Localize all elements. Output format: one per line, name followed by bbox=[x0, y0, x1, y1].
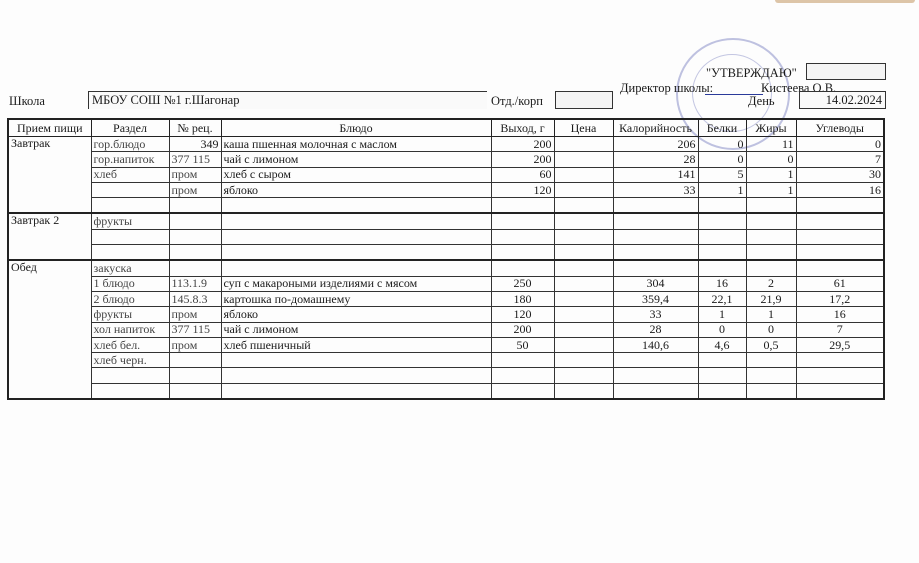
recipe-cell[interactable]: пром bbox=[169, 307, 221, 322]
price-cell[interactable] bbox=[554, 383, 613, 399]
section-cell[interactable]: гор.блюдо bbox=[91, 137, 169, 152]
dept-field[interactable] bbox=[555, 91, 613, 109]
column-header-meal-col: Прием пищи bbox=[8, 119, 91, 137]
fat-cell[interactable] bbox=[746, 383, 796, 399]
yield-cell[interactable]: 120 bbox=[491, 182, 554, 197]
protein-cell[interactable] bbox=[698, 229, 746, 244]
table-row: фруктыпромяблоко120331116 bbox=[8, 307, 884, 322]
recipe-cell[interactable] bbox=[169, 353, 221, 368]
kcal-cell[interactable]: 28 bbox=[613, 152, 698, 167]
column-header-fat-col: Жиры bbox=[746, 119, 796, 137]
table-row: 2 блюдо145.8.3картошка по-домашнему18035… bbox=[8, 291, 884, 306]
table-row: гор.напиток377 115чай с лимоном20028007 bbox=[8, 152, 884, 167]
recipe-cell[interactable]: пром bbox=[169, 337, 221, 352]
carbs-cell[interactable] bbox=[796, 245, 884, 261]
director-label: Директор школы: bbox=[620, 81, 713, 96]
meal-name: Завтрак bbox=[8, 137, 91, 214]
dish-cell[interactable]: суп с макароными изделиями с мясом bbox=[221, 276, 491, 291]
meal-name: Обед bbox=[8, 260, 91, 399]
table-row bbox=[8, 245, 884, 261]
yield-cell[interactable]: 200 bbox=[491, 152, 554, 167]
kcal-cell[interactable]: 141 bbox=[613, 167, 698, 182]
carbs-cell[interactable]: 29,5 bbox=[796, 337, 884, 352]
school-label: Школа bbox=[9, 94, 45, 109]
fat-cell[interactable] bbox=[746, 368, 796, 383]
carbs-cell[interactable]: 61 bbox=[796, 276, 884, 291]
dish-cell[interactable]: картошка по-домашнему bbox=[221, 291, 491, 306]
section-cell[interactable]: гор.напиток bbox=[91, 152, 169, 167]
yield-cell[interactable] bbox=[491, 368, 554, 383]
fat-cell[interactable] bbox=[746, 245, 796, 261]
yield-cell[interactable] bbox=[491, 229, 554, 244]
dish-cell[interactable]: яблоко bbox=[221, 307, 491, 322]
column-header-price-col: Цена bbox=[554, 119, 613, 137]
approve-box[interactable] bbox=[806, 63, 886, 80]
recipe-cell[interactable]: 377 115 bbox=[169, 322, 221, 337]
table-row: хлебпромхлеб с сыром601415130 bbox=[8, 167, 884, 182]
price-cell[interactable] bbox=[554, 167, 613, 182]
yield-cell[interactable]: 250 bbox=[491, 276, 554, 291]
yield-cell[interactable] bbox=[491, 213, 554, 229]
dish-cell[interactable] bbox=[221, 260, 491, 276]
recipe-cell[interactable] bbox=[169, 383, 221, 399]
protein-cell[interactable]: 22,1 bbox=[698, 291, 746, 306]
yield-cell[interactable] bbox=[491, 260, 554, 276]
carbs-cell[interactable] bbox=[796, 229, 884, 244]
price-cell[interactable] bbox=[554, 229, 613, 244]
table-row bbox=[8, 383, 884, 399]
protein-cell[interactable] bbox=[698, 213, 746, 229]
fat-cell[interactable] bbox=[746, 213, 796, 229]
recipe-cell[interactable] bbox=[169, 213, 221, 229]
carbs-cell[interactable] bbox=[796, 198, 884, 214]
table-row: 1 блюдо113.1.9суп с макароными изделиями… bbox=[8, 276, 884, 291]
paper-edge bbox=[775, 0, 915, 3]
yield-cell[interactable]: 180 bbox=[491, 291, 554, 306]
kcal-cell[interactable]: 33 bbox=[613, 307, 698, 322]
menu-table: Прием пищиРаздел№ рец.БлюдоВыход, гЦенаК… bbox=[7, 118, 885, 400]
school-field[interactable]: МБОУ СОШ №1 г.Шагонар bbox=[88, 91, 487, 109]
kcal-cell[interactable] bbox=[613, 383, 698, 399]
carbs-cell[interactable]: 16 bbox=[796, 307, 884, 322]
day-label: День bbox=[748, 94, 775, 109]
section-cell[interactable]: 2 блюдо bbox=[91, 291, 169, 306]
yield-cell[interactable]: 50 bbox=[491, 337, 554, 352]
price-cell[interactable] bbox=[554, 182, 613, 197]
fat-cell[interactable] bbox=[746, 353, 796, 368]
signature-icon bbox=[705, 80, 763, 95]
protein-cell[interactable] bbox=[698, 198, 746, 214]
price-cell[interactable] bbox=[554, 307, 613, 322]
price-cell[interactable] bbox=[554, 353, 613, 368]
column-header-yield-col: Выход, г bbox=[491, 119, 554, 137]
carbs-cell[interactable] bbox=[796, 260, 884, 276]
column-header-recipe-col: № рец. bbox=[169, 119, 221, 137]
carbs-cell[interactable]: 17,2 bbox=[796, 291, 884, 306]
kcal-cell[interactable]: 33 bbox=[613, 182, 698, 197]
carbs-cell[interactable]: 7 bbox=[796, 152, 884, 167]
kcal-cell[interactable]: 359,4 bbox=[613, 291, 698, 306]
fat-cell[interactable]: 1 bbox=[746, 167, 796, 182]
carbs-cell[interactable] bbox=[796, 353, 884, 368]
protein-cell[interactable]: 1 bbox=[698, 182, 746, 197]
table-row bbox=[8, 198, 884, 214]
dish-cell[interactable] bbox=[221, 229, 491, 244]
column-header-protein-col: Белки bbox=[698, 119, 746, 137]
table-row: промяблоко120331116 bbox=[8, 182, 884, 197]
recipe-cell[interactable] bbox=[169, 198, 221, 214]
price-cell[interactable] bbox=[554, 137, 613, 152]
yield-cell[interactable]: 120 bbox=[491, 307, 554, 322]
yield-cell[interactable] bbox=[491, 198, 554, 214]
kcal-cell[interactable]: 140,6 bbox=[613, 337, 698, 352]
kcal-cell[interactable] bbox=[613, 245, 698, 261]
recipe-cell[interactable] bbox=[169, 260, 221, 276]
protein-cell[interactable] bbox=[698, 383, 746, 399]
price-cell[interactable] bbox=[554, 198, 613, 214]
fat-cell[interactable]: 2 bbox=[746, 276, 796, 291]
dept-label: Отд./корп bbox=[491, 94, 543, 109]
dish-cell[interactable]: хлеб с сыром bbox=[221, 167, 491, 182]
section-cell[interactable] bbox=[91, 198, 169, 214]
section-cell[interactable] bbox=[91, 182, 169, 197]
approve-label: "УТВЕРЖДАЮ" bbox=[706, 66, 797, 81]
price-cell[interactable] bbox=[554, 245, 613, 261]
fat-cell[interactable] bbox=[746, 198, 796, 214]
price-cell[interactable] bbox=[554, 337, 613, 352]
fat-cell[interactable]: 21,9 bbox=[746, 291, 796, 306]
protein-cell[interactable] bbox=[698, 245, 746, 261]
table-row bbox=[8, 229, 884, 244]
day-field[interactable]: 14.02.2024 bbox=[799, 91, 886, 109]
price-cell[interactable] bbox=[554, 213, 613, 229]
yield-cell[interactable]: 200 bbox=[491, 137, 554, 152]
dish-cell[interactable] bbox=[221, 368, 491, 383]
column-header-dish-col: Блюдо bbox=[221, 119, 491, 137]
dish-cell[interactable]: яблоко bbox=[221, 182, 491, 197]
price-cell[interactable] bbox=[554, 322, 613, 337]
fat-cell[interactable] bbox=[746, 260, 796, 276]
section-cell[interactable]: хлеб bbox=[91, 167, 169, 182]
fat-cell[interactable]: 0,5 bbox=[746, 337, 796, 352]
dish-cell[interactable] bbox=[221, 198, 491, 214]
table-row: хлеб черн. bbox=[8, 353, 884, 368]
kcal-cell[interactable] bbox=[613, 368, 698, 383]
carbs-cell[interactable] bbox=[796, 383, 884, 399]
kcal-cell[interactable]: 304 bbox=[613, 276, 698, 291]
section-cell[interactable]: хол напиток bbox=[91, 322, 169, 337]
protein-cell[interactable]: 0 bbox=[698, 152, 746, 167]
table-header-row: Прием пищиРаздел№ рец.БлюдоВыход, гЦенаК… bbox=[8, 119, 884, 137]
fat-cell[interactable]: 0 bbox=[746, 322, 796, 337]
table-row: Обедзакуска bbox=[8, 260, 884, 276]
kcal-cell[interactable] bbox=[613, 353, 698, 368]
kcal-cell[interactable] bbox=[613, 229, 698, 244]
carbs-cell[interactable] bbox=[796, 213, 884, 229]
price-cell[interactable] bbox=[554, 152, 613, 167]
price-cell[interactable] bbox=[554, 291, 613, 306]
protein-cell[interactable]: 0 bbox=[698, 322, 746, 337]
protein-cell[interactable]: 5 bbox=[698, 167, 746, 182]
carbs-cell[interactable]: 30 bbox=[796, 167, 884, 182]
column-header-section-col: Раздел bbox=[91, 119, 169, 137]
recipe-cell[interactable]: 349 bbox=[169, 137, 221, 152]
protein-cell[interactable] bbox=[698, 368, 746, 383]
price-cell[interactable] bbox=[554, 260, 613, 276]
protein-cell[interactable]: 4,6 bbox=[698, 337, 746, 352]
fat-cell[interactable]: 11 bbox=[746, 137, 796, 152]
carbs-cell[interactable]: 16 bbox=[796, 182, 884, 197]
fat-cell[interactable] bbox=[746, 229, 796, 244]
kcal-cell[interactable] bbox=[613, 198, 698, 214]
protein-cell[interactable] bbox=[698, 353, 746, 368]
yield-cell[interactable] bbox=[491, 383, 554, 399]
section-cell[interactable]: фрукты bbox=[91, 307, 169, 322]
fat-cell[interactable]: 0 bbox=[746, 152, 796, 167]
recipe-cell[interactable]: 113.1.9 bbox=[169, 276, 221, 291]
dish-cell[interactable] bbox=[221, 383, 491, 399]
dish-cell[interactable] bbox=[221, 245, 491, 261]
meal-name: Завтрак 2 bbox=[8, 213, 91, 260]
table-row: хол напиток377 115чай с лимоном20028007 bbox=[8, 322, 884, 337]
recipe-cell[interactable] bbox=[169, 245, 221, 261]
carbs-cell[interactable]: 7 bbox=[796, 322, 884, 337]
column-header-carbs-col: Углеводы bbox=[796, 119, 884, 137]
carbs-cell[interactable] bbox=[796, 368, 884, 383]
section-cell[interactable] bbox=[91, 383, 169, 399]
dish-cell[interactable]: чай с лимоном bbox=[221, 152, 491, 167]
fat-cell[interactable]: 1 bbox=[746, 307, 796, 322]
recipe-cell[interactable] bbox=[169, 368, 221, 383]
carbs-cell[interactable]: 0 bbox=[796, 137, 884, 152]
recipe-cell[interactable]: 145.8.3 bbox=[169, 291, 221, 306]
kcal-cell[interactable] bbox=[613, 260, 698, 276]
protein-cell[interactable] bbox=[698, 260, 746, 276]
yield-cell[interactable] bbox=[491, 245, 554, 261]
fat-cell[interactable]: 1 bbox=[746, 182, 796, 197]
recipe-cell[interactable]: пром bbox=[169, 182, 221, 197]
dish-cell[interactable] bbox=[221, 353, 491, 368]
section-cell[interactable]: хлеб бел. bbox=[91, 337, 169, 352]
table-row: Завтрак 2фрукты bbox=[8, 213, 884, 229]
yield-cell[interactable]: 60 bbox=[491, 167, 554, 182]
section-cell[interactable]: фрукты bbox=[91, 213, 169, 229]
section-cell[interactable] bbox=[91, 245, 169, 261]
dish-cell[interactable] bbox=[221, 213, 491, 229]
dish-cell[interactable]: хлеб пшеничный bbox=[221, 337, 491, 352]
column-header-kcal-col: Калорийность bbox=[613, 119, 698, 137]
yield-cell[interactable] bbox=[491, 353, 554, 368]
kcal-cell[interactable] bbox=[613, 213, 698, 229]
table-row bbox=[8, 368, 884, 383]
price-cell[interactable] bbox=[554, 368, 613, 383]
section-cell[interactable]: 1 блюдо bbox=[91, 276, 169, 291]
recipe-cell[interactable]: 377 115 bbox=[169, 152, 221, 167]
kcal-cell[interactable]: 28 bbox=[613, 322, 698, 337]
kcal-cell[interactable]: 206 bbox=[613, 137, 698, 152]
recipe-cell[interactable]: пром bbox=[169, 167, 221, 182]
protein-cell[interactable]: 0 bbox=[698, 137, 746, 152]
section-cell[interactable]: закуска bbox=[91, 260, 169, 276]
section-cell[interactable] bbox=[91, 229, 169, 244]
dish-cell[interactable]: чай с лимоном bbox=[221, 322, 491, 337]
recipe-cell[interactable] bbox=[169, 229, 221, 244]
dish-cell[interactable]: каша пшенная молочная с маслом bbox=[221, 137, 491, 152]
section-cell[interactable]: хлеб черн. bbox=[91, 353, 169, 368]
protein-cell[interactable]: 16 bbox=[698, 276, 746, 291]
table-row: Завтракгор.блюдо349каша пшенная молочная… bbox=[8, 137, 884, 152]
section-cell[interactable] bbox=[91, 368, 169, 383]
protein-cell[interactable]: 1 bbox=[698, 307, 746, 322]
yield-cell[interactable]: 200 bbox=[491, 322, 554, 337]
price-cell[interactable] bbox=[554, 276, 613, 291]
table-row: хлеб бел.промхлеб пшеничный50140,64,60,5… bbox=[8, 337, 884, 352]
